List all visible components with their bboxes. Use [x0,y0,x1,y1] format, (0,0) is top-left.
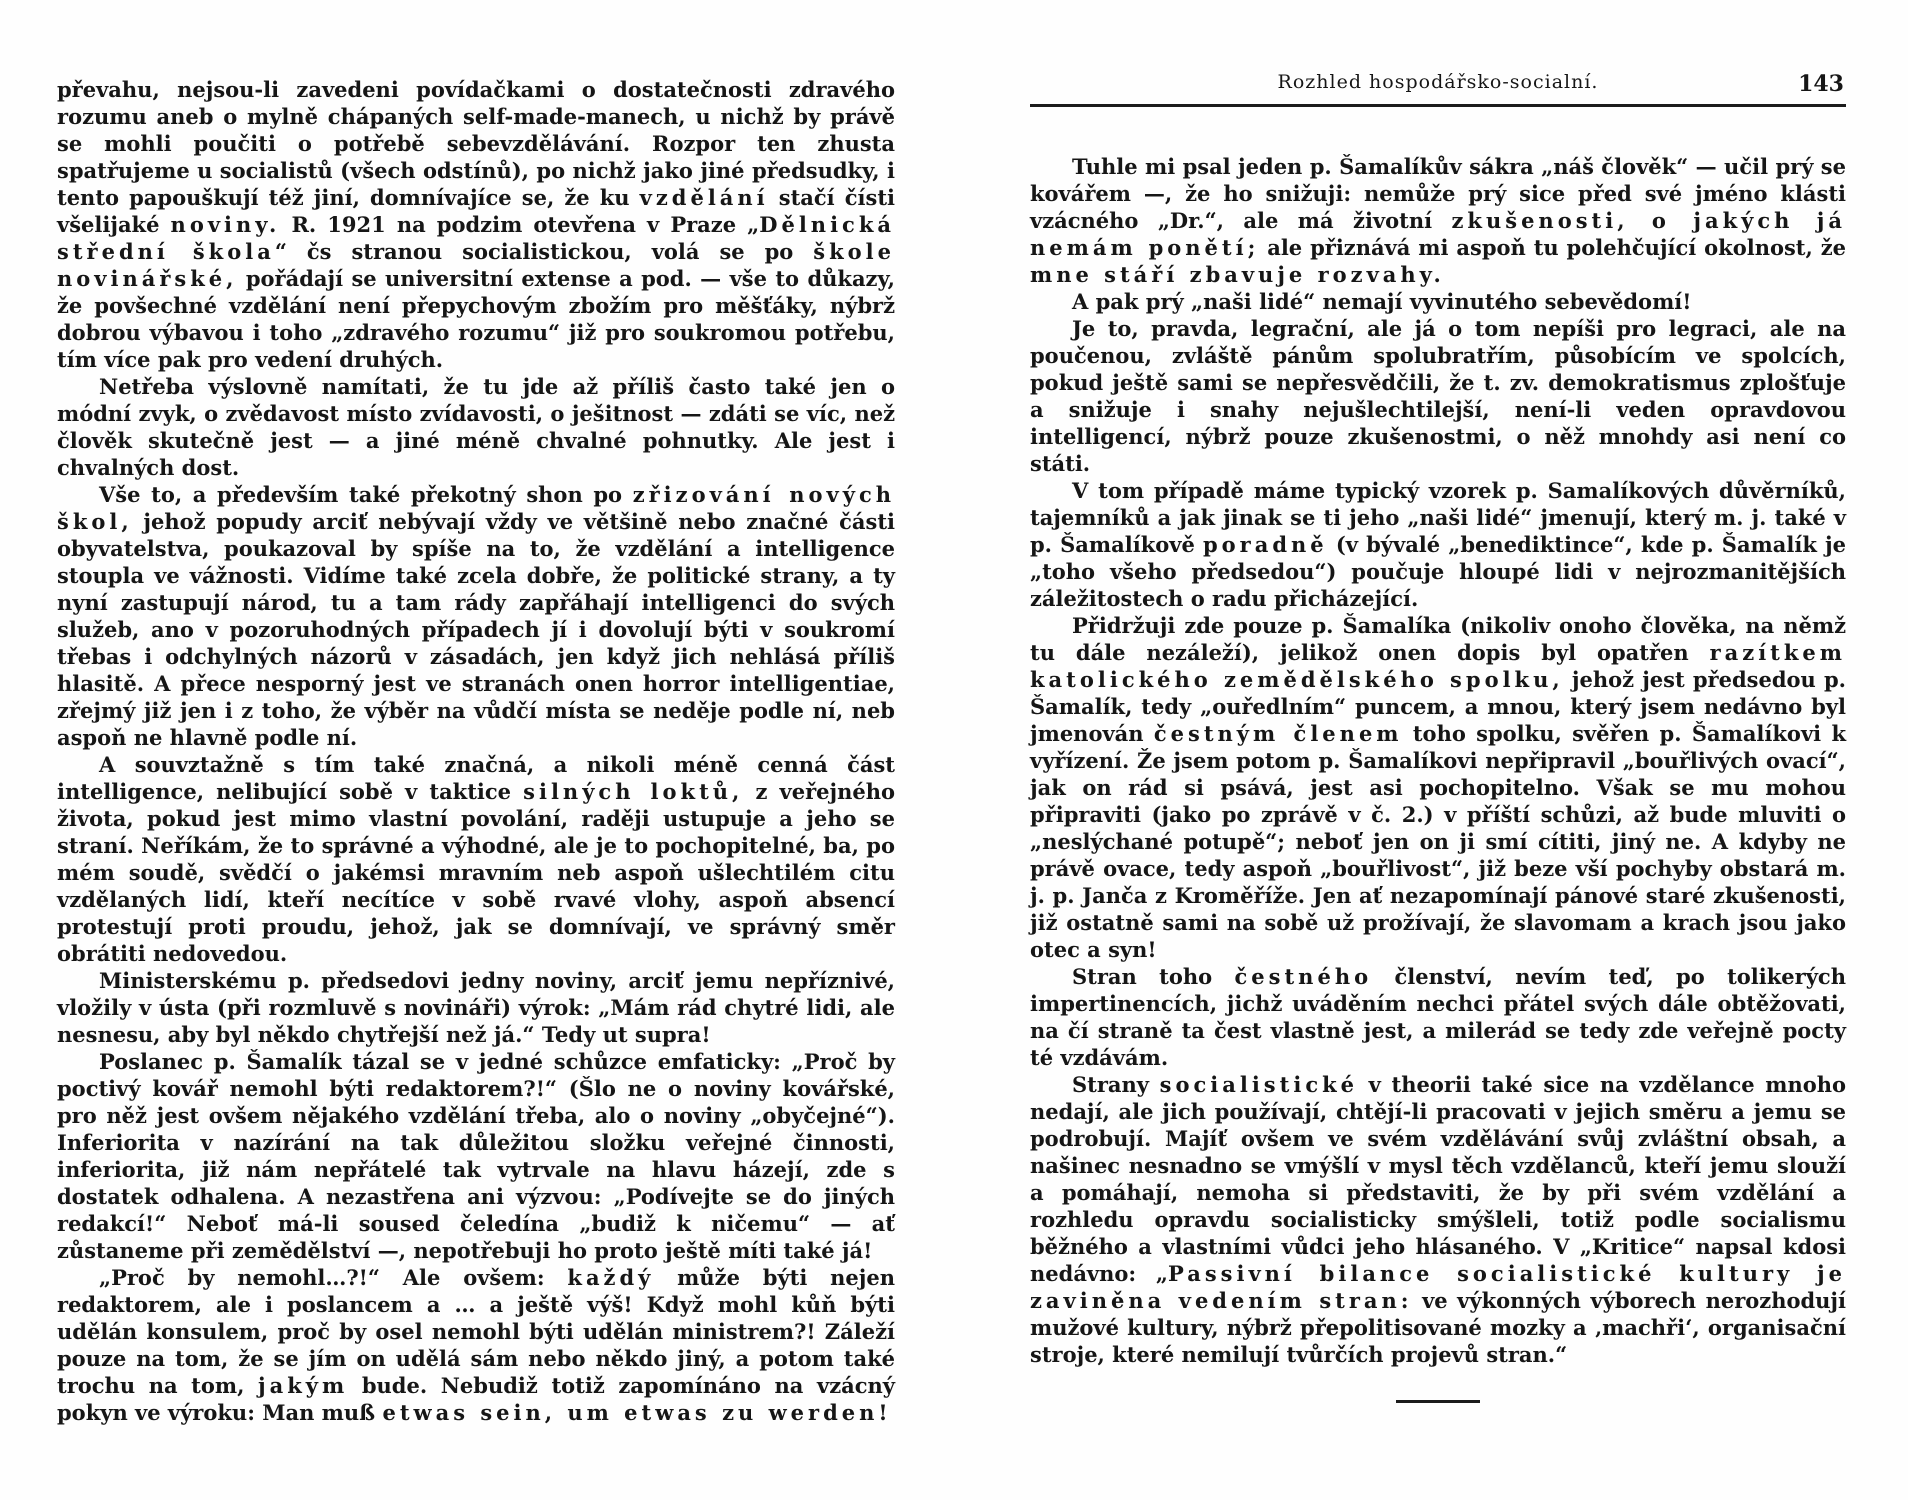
emphasized-text: každý [567,1265,654,1290]
body-text: Netřeba výslovně namítati, že tu jde až … [57,374,895,480]
emphasized-text: noviny. [171,212,281,237]
paragraph: Přidržuji zde pouze p. Šamalíka (nikoliv… [1030,612,1846,963]
paragraph: A pak prý „naši lidé“ nemají vyvinutého … [1030,288,1846,315]
paragraph: Ministerskému p. předsedovi jedny noviny… [57,967,895,1048]
body-text: R. 1921 na podzim otevřena v Praze „ [280,212,759,237]
body-text: v theorii také sice na vzdělance mnoho n… [1030,1072,1846,1286]
paragraph: V tom případě máme typický vzorek p. Sam… [1030,477,1846,612]
paragraph: „Proč by nemohl…?!“ Ale ovšem: každý můž… [57,1264,895,1426]
left-page-column: převahu, nejsou-li zavedeni povídačkami … [57,76,895,1426]
body-text: z veřejného života, pokud jest mimo vlas… [57,779,895,966]
body-text: Stran toho [1072,964,1235,989]
paragraph: Je to, pravda, legrační, ale já o tom ne… [1030,315,1846,477]
emphasized-text: etwas sein, um etwas zu werden! [382,1400,891,1425]
emphasized-text: čestného [1235,964,1373,989]
emphasized-text: mne stáří zbavuje rozvahy. [1030,262,1445,287]
emphasized-text: vzdělání [640,185,769,210]
paragraph: Strany socialistické v theorii také sice… [1030,1071,1846,1368]
emphasized-text: jakým [258,1373,348,1398]
body-text: „Proč by nemohl…?!“ Ale ovšem: [99,1265,567,1290]
left-column-text: převahu, nejsou-li zavedeni povídačkami … [57,76,895,1426]
emphasized-text: čestným členem [1154,721,1403,746]
scanned-journal-page: převahu, nejsou-li zavedeni povídačkami … [0,0,1908,1500]
paragraph: Stran toho čestného členství, nevím teď,… [1030,963,1846,1071]
page-number: 143 [1798,71,1844,98]
body-text: ale přiznává mi aspoň tu polehčující oko… [1259,235,1846,260]
section-end-rule [1396,1400,1480,1403]
journal-section-title: Rozhled hospodářsko-socialní. [1030,69,1846,96]
paragraph: Tuhle mi psal jeden p. Šamalíkův sákra „… [1030,153,1846,288]
paragraph: A souvztažně s tím také značná, a nikoli… [57,751,895,967]
body-text: Je to, pravda, legrační, ale já o tom ne… [1030,316,1846,476]
emphasized-text: socialistické [1160,1072,1358,1097]
page-header: Rozhled hospodářsko-socialní. 143 [1030,62,1846,107]
emphasized-text: poradně [1203,532,1328,557]
body-text: toho spolku, svěřen p. Šamalíkovi k vyří… [1030,721,1846,962]
body-text: Strany [1072,1072,1160,1097]
right-column-text: Tuhle mi psal jeden p. Šamalíkův sákra „… [1030,153,1846,1368]
body-text: jehož popudy arciť nebývají vždy ve větš… [57,509,895,750]
body-text: Ministerskému p. předsedovi jedny noviny… [57,968,895,1047]
body-text: Vše to, a především také překotný shon p… [99,482,633,507]
body-text: Poslanec p. Šamalík tázal se v jedné sch… [57,1049,895,1263]
emphasized-text: silných loktů, [523,779,743,804]
right-page-column: Rozhled hospodářsko-socialní. 143 Tuhle … [1030,62,1846,1403]
body-text: “ čs stranou socialistickou, volá se po [275,239,813,264]
paragraph: Poslanec p. Šamalík tázal se v jedné sch… [57,1048,895,1264]
paragraph: převahu, nejsou-li zavedeni povídačkami … [57,76,895,373]
paragraph: Netřeba výslovně namítati, že tu jde až … [57,373,895,481]
paragraph: Vše to, a především také překotný shon p… [57,481,895,751]
body-text: A pak prý „naši lidé“ nemají vyvinutého … [1072,289,1691,314]
